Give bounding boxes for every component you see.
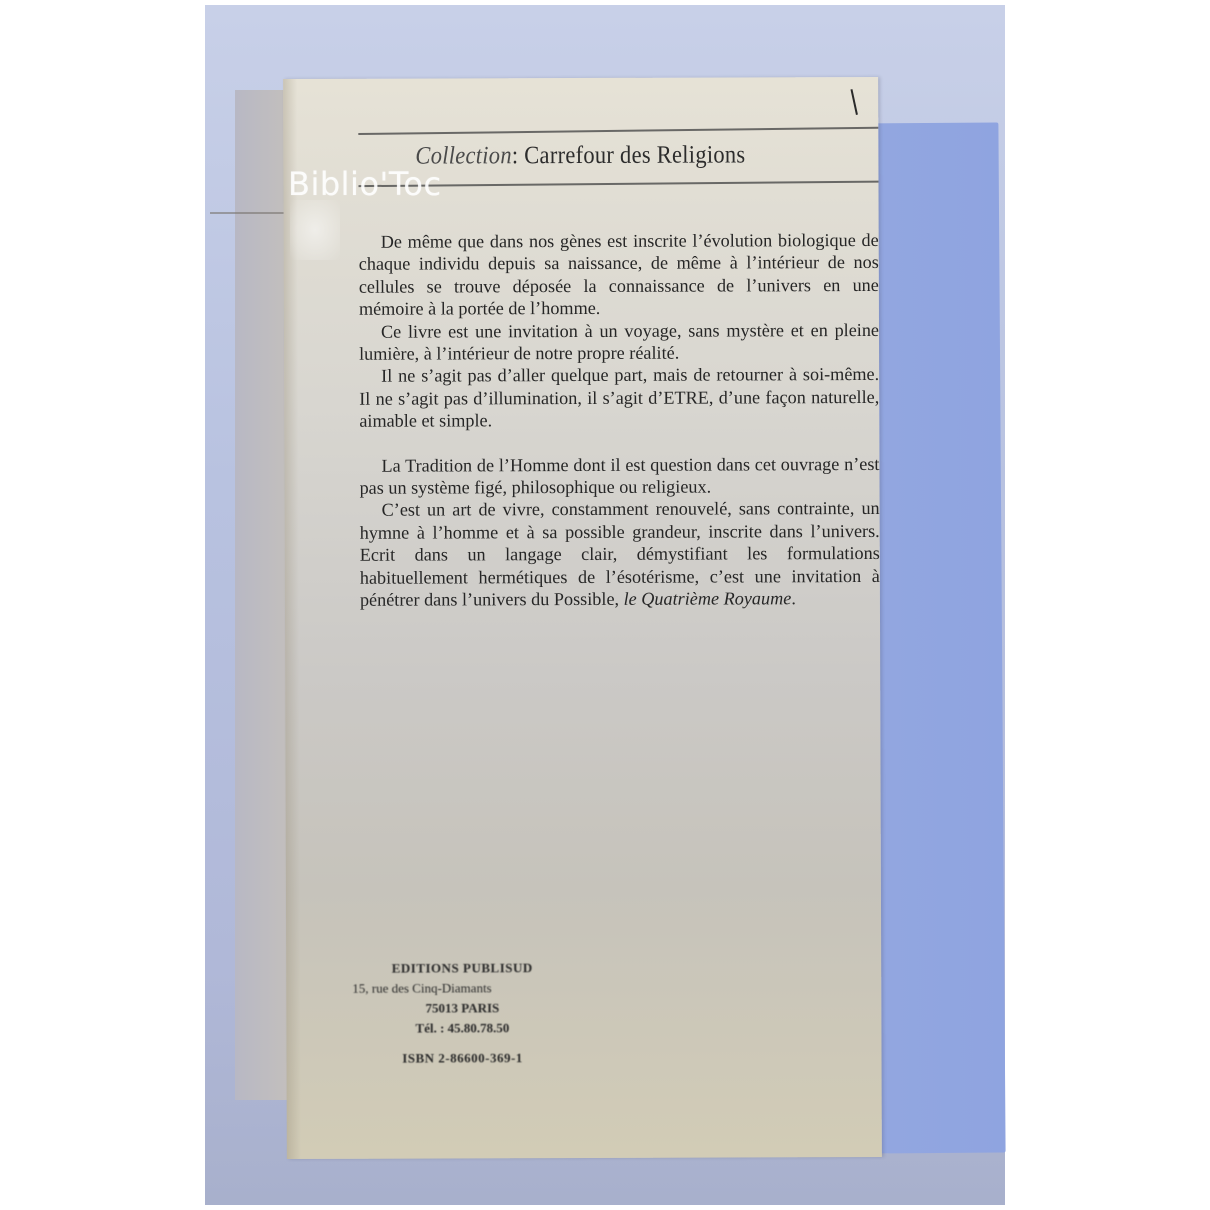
top-rule: [358, 127, 878, 135]
closing-end: .: [791, 588, 796, 608]
blurb-paragraph: De même que dans nos gènes est inscrite …: [359, 229, 879, 320]
blurb-paragraph: La Tradition de l’Homme dont il est ques…: [359, 453, 879, 500]
publisher-name: EDITIONS PUBLISUD: [352, 958, 572, 979]
collection-heading: Collection: Carrefour des Religions: [415, 141, 745, 170]
sheet-line: [210, 212, 290, 214]
blurb-paragraph: C’est un art de vivre, constamment renou…: [360, 497, 880, 611]
closing-plain: Possible,: [554, 589, 624, 609]
publisher-phone: Tél. : 45.80.78.50: [352, 1018, 572, 1039]
blurb-paragraph: Ce livre est une invitation à un voyage,…: [359, 319, 879, 366]
publisher-street: 15, rue des Cinq-Diamants: [352, 978, 572, 999]
publisher-city: 75013 PARIS: [352, 998, 572, 1019]
isbn: ISBN 2-86600-369-1: [353, 1048, 573, 1069]
blurb-paragraph: Il ne s’agit pas d’aller quelque part, m…: [359, 363, 879, 432]
blurb: De même que dans nos gènes est inscrite …: [359, 229, 880, 611]
corner-mark: [850, 89, 857, 115]
publisher-block: EDITIONS PUBLISUD 15, rue des Cinq-Diama…: [352, 958, 572, 1069]
light-glare: [290, 200, 340, 260]
collection-separator: :: [512, 142, 519, 169]
collection-name: Carrefour des Religions: [524, 141, 745, 169]
book-back-cover: Collection: Carrefour des Religions De m…: [283, 77, 882, 1159]
book-title-italic: le Quatrième Royaume: [624, 588, 792, 609]
watermark-logo: Biblio'Toc: [288, 165, 442, 203]
